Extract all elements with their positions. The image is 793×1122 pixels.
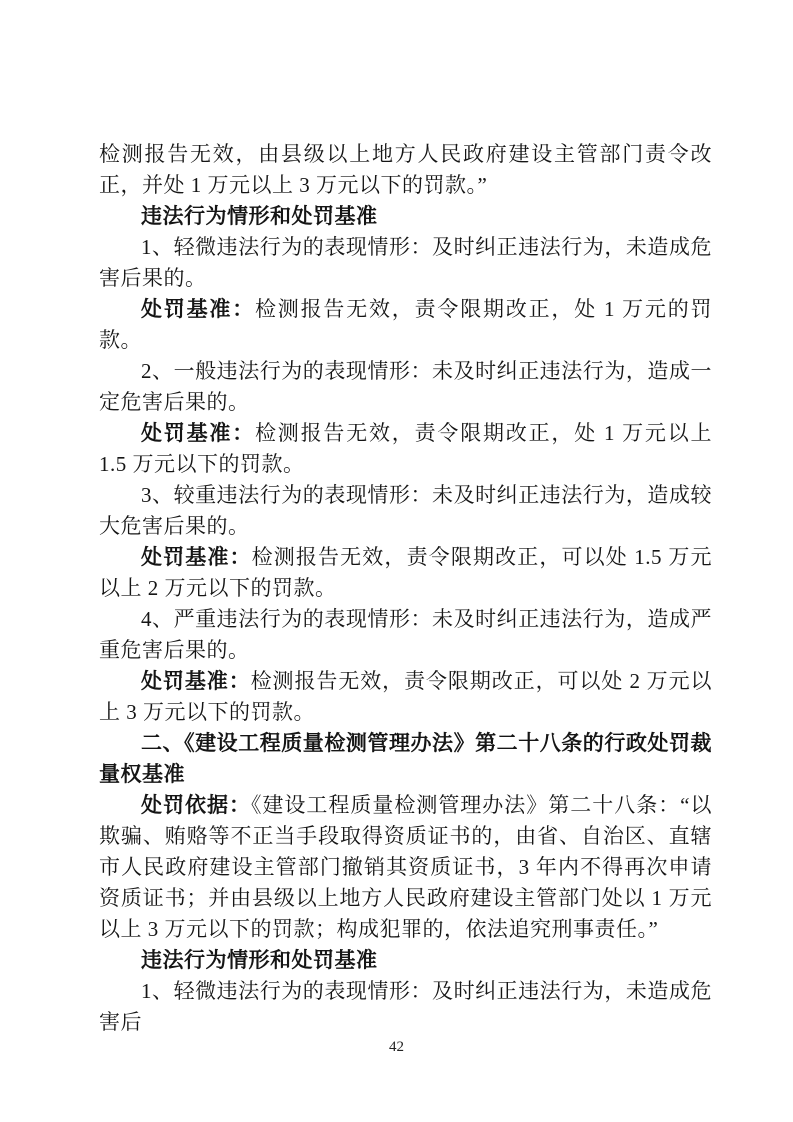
paragraph-lead: 处罚基准：: [141, 669, 251, 693]
paragraph-lead: 处罚依据：: [141, 793, 251, 817]
heading-paragraph: 违法行为情形和处罚基准: [99, 201, 712, 232]
body-paragraph: 处罚基准：检测报告无效，责令限期改正，可以处 2 万元以上 3 万元以下的罚款。: [99, 666, 712, 728]
body-paragraph: 处罚基准：检测报告无效，责令限期改正，处 1 万元以上 1.5 万元以下的罚款。: [99, 418, 712, 480]
body-paragraph: 2、一般违法行为的表现情形：未及时纠正违法行为，造成一定危害后果的。: [99, 356, 712, 418]
body-paragraph: 3、较重违法行为的表现情形：未及时纠正违法行为，造成较大危害后果的。: [99, 480, 712, 542]
body-paragraph: 检测报告无效，由县级以上地方人民政府建设主管部门责令改正，并处 1 万元以上 3…: [99, 139, 712, 201]
paragraph-lead: 处罚基准：: [141, 421, 255, 445]
heading-paragraph: 二、《建设工程质量检测管理办法》第二十八条的行政处罚裁量权基准: [99, 728, 712, 790]
body-paragraph: 处罚基准：检测报告无效，责令限期改正，处 1 万元的罚款。: [99, 294, 712, 356]
heading-paragraph: 违法行为情形和处罚基准: [99, 945, 712, 976]
paragraph-lead: 处罚基准：: [141, 297, 255, 321]
page-number: 42: [0, 1037, 793, 1057]
document-body: 检测报告无效，由县级以上地方人民政府建设主管部门责令改正，并处 1 万元以上 3…: [99, 139, 712, 1038]
body-paragraph: 1、轻微违法行为的表现情形：及时纠正违法行为，未造成危害后果的。: [99, 232, 712, 294]
body-paragraph: 1、轻微违法行为的表现情形：及时纠正违法行为，未造成危害后: [99, 976, 712, 1038]
paragraph-lead: 处罚基准：: [141, 545, 252, 569]
body-paragraph: 处罚依据：《建设工程质量检测管理办法》第二十八条：“以欺骗、贿赂等不正当手段取得…: [99, 790, 712, 945]
body-paragraph: 4、严重违法行为的表现情形：未及时纠正违法行为，造成严重危害后果的。: [99, 604, 712, 666]
body-paragraph: 处罚基准：检测报告无效，责令限期改正，可以处 1.5 万元以上 2 万元以下的罚…: [99, 542, 712, 604]
document-page: 检测报告无效，由县级以上地方人民政府建设主管部门责令改正，并处 1 万元以上 3…: [0, 0, 793, 1122]
